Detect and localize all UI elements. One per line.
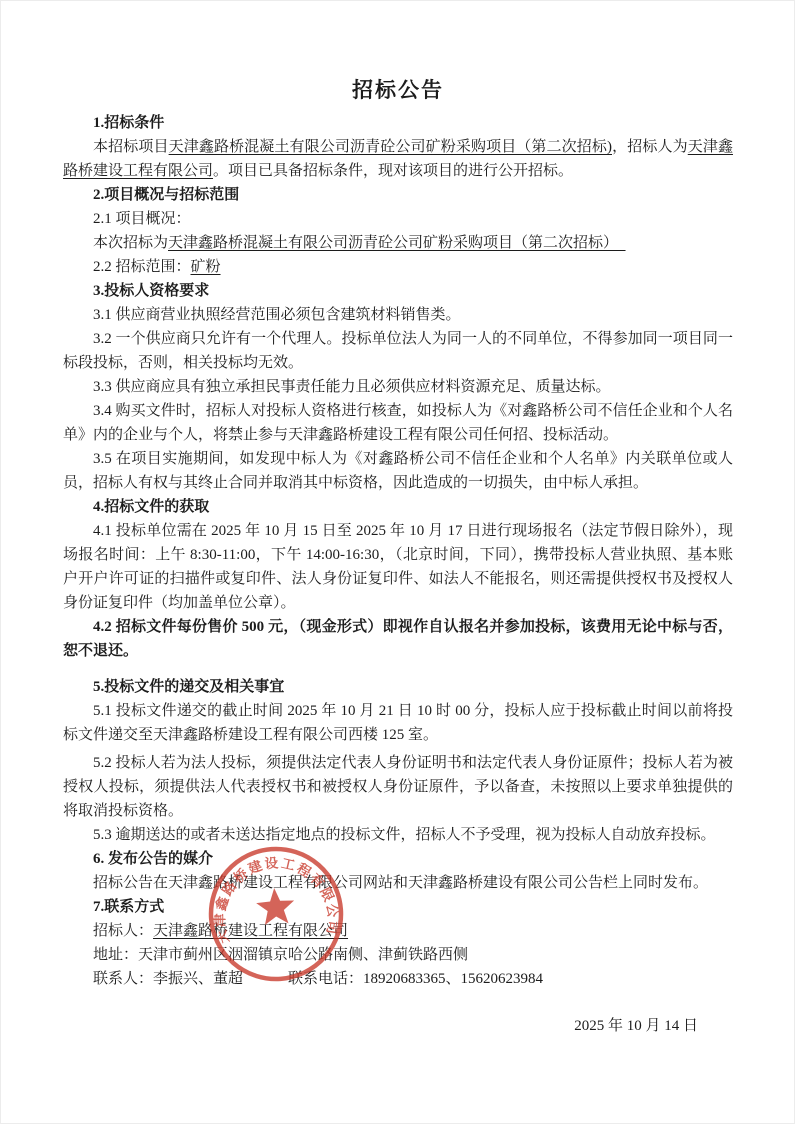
text-segment: 5.投标文件的递交及相关事宜 [93, 679, 284, 695]
paragraph: 3.3 供应商应具有独立承担民事责任能力且必须供应材料资源充足、质量达标。 [63, 375, 733, 399]
text-segment: 6. 发布公告的媒介 [93, 851, 213, 867]
section-heading: 1.招标条件 [63, 111, 733, 135]
paragraph: 3.4 购买文件时，招标人对投标人资格进行核查，如投标人为《对鑫路桥公司不信任企… [63, 399, 733, 447]
text-segment: 3.1 供应商营业执照经营范围必须包含建筑材料销售类。 [93, 307, 461, 323]
paragraph: 3.1 供应商营业执照经营范围必须包含建筑材料销售类。 [63, 303, 733, 327]
section-heading: 5.投标文件的递交及相关事宜 [63, 675, 733, 699]
section-heading: 3.投标人资格要求 [63, 279, 733, 303]
section-heading: 7.联系方式 [63, 895, 733, 919]
text-segment: 7.联系方式 [93, 899, 164, 915]
underlined-text-segment: 天津鑫路桥混凝土有限公司沥青砼公司矿粉采购项目（第二次招标) [169, 139, 612, 155]
paragraph: 2.1 项目概况： [63, 207, 733, 231]
text-segment: 2.项目概况与招标范围 [93, 187, 239, 203]
paragraph: 本次招标为天津鑫路桥混凝土有限公司沥青砼公司矿粉采购项目（第二次招标） [63, 231, 733, 255]
page-title: 招标公告 [63, 74, 733, 106]
text-segment: 3.5 在项目实施期间，如发现中标人为《对鑫路桥公司不信任企业和个人名单》内关联… [63, 451, 733, 491]
text-segment: 2.1 项目概况： [93, 211, 191, 227]
paragraph: 3.5 在项目实施期间，如发现中标人为《对鑫路桥公司不信任企业和个人名单》内关联… [63, 447, 733, 495]
text-segment: 本次招标为 [93, 235, 168, 251]
paragraph: 地址：天津市蓟州区洇溜镇京哈公路南侧、津蓟铁路西侧 [63, 943, 733, 967]
text-segment: ，招标人为 [612, 139, 688, 155]
text-segment: 5.1 投标文件递交的截止时间 2025 年 10 月 21 日 10 时 00… [63, 703, 733, 743]
text-segment: 3.4 购买文件时，招标人对投标人资格进行核查，如投标人为《对鑫路桥公司不信任企… [63, 403, 733, 443]
document-content: 招标公告 1.招标条件本招标项目天津鑫路桥混凝土有限公司沥青砼公司矿粉采购项目（… [63, 74, 733, 1038]
text-segment: 。项目已具备招标条件，现对该项目的进行公开招标。 [213, 163, 573, 179]
text-segment: 4.招标文件的获取 [93, 499, 209, 515]
text-segment: 5.3 逾期送达的或者未送达指定地点的投标文件，招标人不予受理，视为投标人自动放… [93, 827, 716, 843]
text-segment: 2.2 招标范围： [93, 259, 191, 275]
text-segment: 3.投标人资格要求 [93, 283, 209, 299]
text-segment: 3.2 一个供应商只允许有一个代理人。投标单位法人为同一人的不同单位，不得参加同… [63, 331, 733, 371]
text-segment: 地址：天津市蓟州区洇溜镇京哈公路南侧、津蓟铁路西侧 [93, 947, 468, 963]
paragraph: 5.2 投标人若为法人投标，须提供法定代表人身份证明书和法定代表人身份证原件；投… [63, 751, 733, 823]
document-body: 1.招标条件本招标项目天津鑫路桥混凝土有限公司沥青砼公司矿粉采购项目（第二次招标… [63, 111, 733, 991]
paragraph: 招标人：天津鑫路桥建设工程有限公司 [63, 919, 733, 943]
text-segment: 招标人： [93, 923, 153, 939]
section-heading: 6. 发布公告的媒介 [63, 847, 733, 871]
paragraph: 5.3 逾期送达的或者未送达指定地点的投标文件，招标人不予受理，视为投标人自动放… [63, 823, 733, 847]
paragraph: 4.1 投标单位需在 2025 年 10 月 15 日至 2025 年 10 月… [63, 519, 733, 615]
paragraph: 4.2 招标文件每份售价 500 元，（现金形式）即视作自认报名并参加投标，该费… [63, 615, 733, 663]
text-segment: 联系人：李振兴、董超 联系电话：18920683365、15620623984 [93, 971, 543, 987]
paragraph: 招标公告在天津鑫路桥建设工程有限公司网站和天津鑫路桥建设有限公司公告栏上同时发布… [63, 871, 733, 895]
paragraph: 3.2 一个供应商只允许有一个代理人。投标单位法人为同一人的不同单位，不得参加同… [63, 327, 733, 375]
paragraph: 5.1 投标文件递交的截止时间 2025 年 10 月 21 日 10 时 00… [63, 699, 733, 747]
section-heading: 4.招标文件的获取 [63, 495, 733, 519]
text-segment: 1.招标条件 [93, 115, 164, 131]
paragraph: 联系人：李振兴、董超 联系电话：18920683365、15620623984 [63, 967, 733, 991]
paragraph: 2.2 招标范围：矿粉 [63, 255, 733, 279]
document-page: 招标公告 1.招标条件本招标项目天津鑫路桥混凝土有限公司沥青砼公司矿粉采购项目（… [0, 0, 795, 1124]
text-segment: 招标公告在天津鑫路桥建设工程有限公司网站和天津鑫路桥建设有限公司公告栏上同时发布… [93, 875, 708, 891]
section-heading: 2.项目概况与招标范围 [63, 183, 733, 207]
text-segment: 本招标项目 [93, 139, 169, 155]
text-segment: 4.2 招标文件每份售价 500 元，（现金形式）即视作自认报名并参加投标，该费… [63, 619, 733, 659]
text-segment: 4.1 投标单位需在 2025 年 10 月 15 日至 2025 年 10 月… [63, 523, 733, 611]
document-date: 2025 年 10 月 14 日 [63, 1014, 698, 1038]
underlined-text-segment: 天津鑫路桥建设工程有限公司 [153, 923, 348, 939]
underlined-text-segment: 天津鑫路桥混凝土有限公司沥青砼公司矿粉采购项目（第二次招标） [168, 235, 626, 251]
underlined-text-segment: 矿粉 [191, 259, 221, 275]
paragraph: 本招标项目天津鑫路桥混凝土有限公司沥青砼公司矿粉采购项目（第二次招标)，招标人为… [63, 135, 733, 183]
text-segment: 3.3 供应商应具有独立承担民事责任能力且必须供应材料资源充足、质量达标。 [93, 379, 611, 395]
text-segment: 5.2 投标人若为法人投标，须提供法定代表人身份证明书和法定代表人身份证原件；投… [63, 755, 733, 819]
